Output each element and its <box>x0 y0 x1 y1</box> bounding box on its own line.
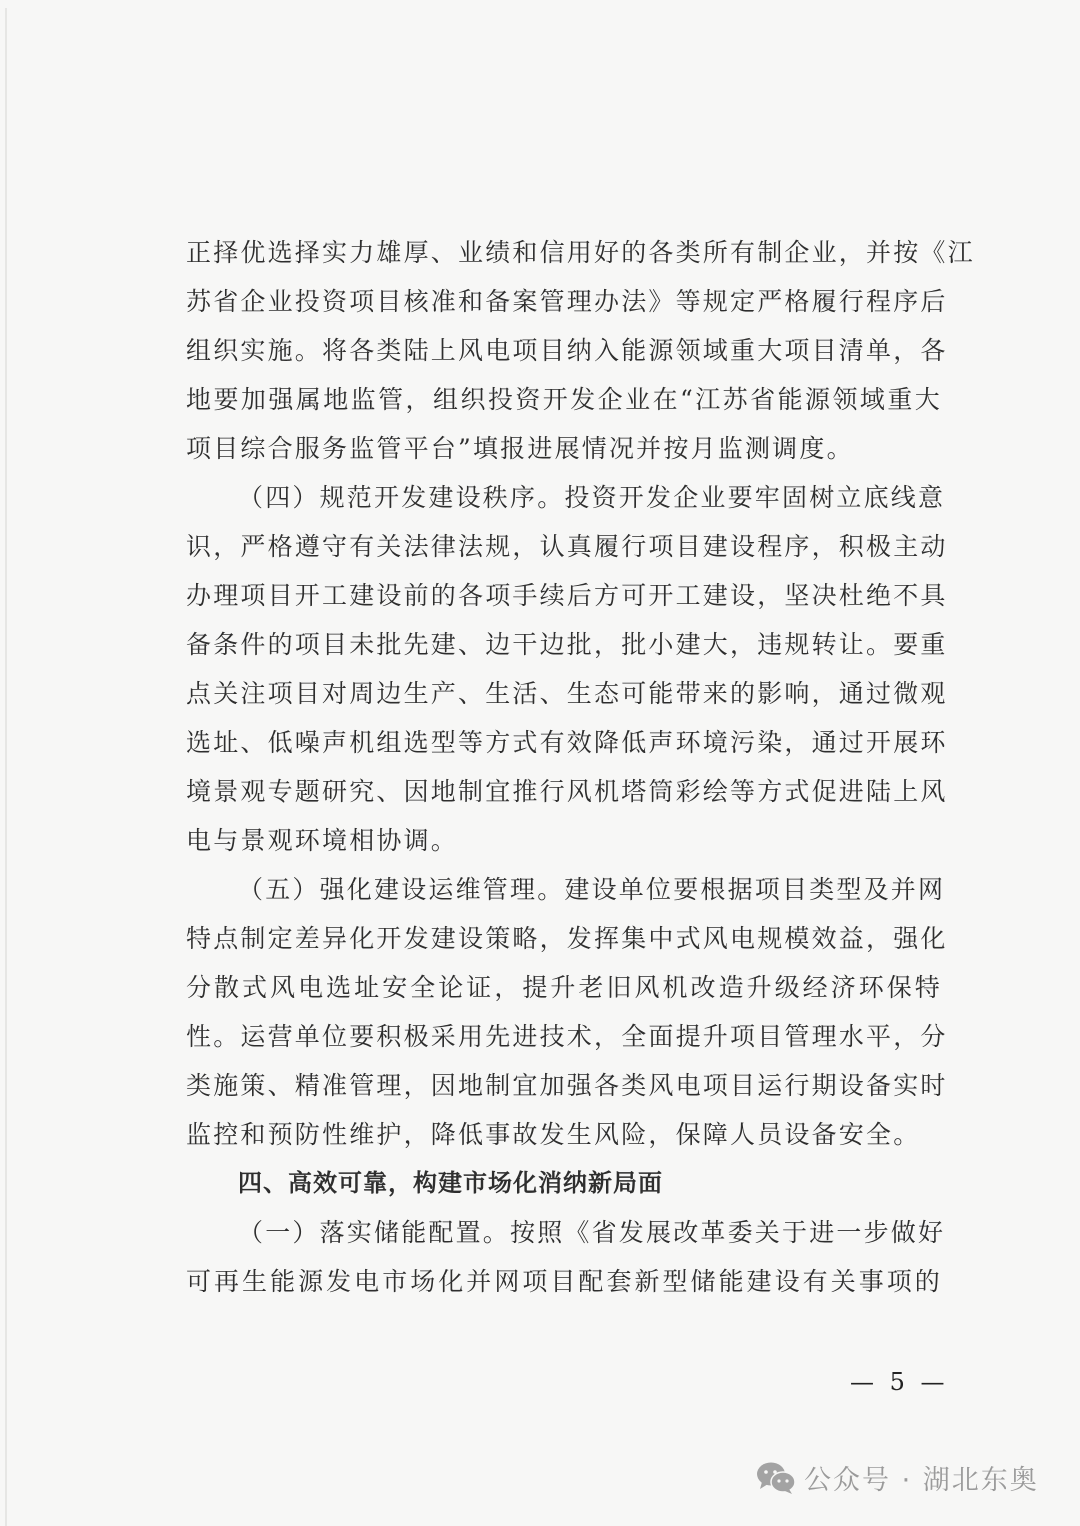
text-line: 项目综合服务监管平台”填报进展情况并按月监测调度。 <box>186 424 942 473</box>
text-line: 性。运营单位要积极采用先进技术，全面提升项目管理水平，分 <box>186 1012 942 1061</box>
watermark-text: 公众号 · 湖北东奥 <box>804 1458 1039 1497</box>
text-line: （四）规范开发建设秩序。投资开发企业要牢固树立底线意 <box>186 473 942 522</box>
text-line: 组织实施。将各类陆上风电项目纳入能源领域重大项目清单，各 <box>186 326 942 375</box>
text-line: 特点制定差异化开发建设策略，发挥集中式风电规模效益，强化 <box>186 914 942 963</box>
text-line: 地要加强属地监管，组织投资开发企业在“江苏省能源领域重大 <box>186 375 942 424</box>
text-line: 境景观专题研究、因地制宜推行风机塔筒彩绘等方式促进陆上风 <box>186 767 942 816</box>
text-line: 苏省企业投资项目核准和备案管理办法》等规定严格履行程序后 <box>186 277 942 326</box>
section-heading: 四、高效可靠，构建市场化消纳新局面 <box>186 1159 942 1208</box>
text-line: 备条件的项目未批先建、边干边批，批小建大，违规转让。要重 <box>186 620 942 669</box>
watermark: 公众号 · 湖北东奥 <box>756 1458 1039 1497</box>
text-line: 电与景观环境相协调。 <box>186 816 942 865</box>
text-line: 办理项目开工建设前的各项手续后方可开工建设，坚决杜绝不具 <box>186 571 942 620</box>
text-line: （五）强化建设运维管理。建设单位要根据项目类型及并网 <box>186 865 942 914</box>
paragraph-intro: 正择优选择实力雄厚、业绩和信用好的各类所有制企业，并按《江 苏省企业投资项目核准… <box>186 228 942 473</box>
text-line: 选址、低噪声机组选型等方式有效降低声环境污染，通过开展环 <box>186 718 942 767</box>
text-line: 监控和预防性维护，降低事故发生风险，保障人员设备安全。 <box>186 1110 942 1159</box>
text-line: 可再生能源发电市场化并网项目配套新型储能建设有关事项的 <box>186 1257 942 1306</box>
paragraph-5-construction-operation: （五）强化建设运维管理。建设单位要根据项目类型及并网 特点制定差异化开发建设策略… <box>186 865 942 1159</box>
text-line: 识，严格遵守有关法律法规，认真履行项目建设程序，积极主动 <box>186 522 942 571</box>
paragraph-4-standardize-development: （四）规范开发建设秩序。投资开发企业要牢固树立底线意 识，严格遵守有关法律法规，… <box>186 473 942 865</box>
text-line: 点关注项目对周边生产、生活、生态可能带来的影响，通过微观 <box>186 669 942 718</box>
text-line: 类施策、精准管理，因地制宜加强各类风电项目运行期设备实时 <box>186 1061 942 1110</box>
wechat-icon <box>756 1461 796 1495</box>
text-line: （一）落实储能配置。按照《省发展改革委关于进一步做好 <box>186 1208 942 1257</box>
paragraph-4-1-energy-storage: （一）落实储能配置。按照《省发展改革委关于进一步做好 可再生能源发电市场化并网项… <box>186 1208 942 1306</box>
document-body: 正择优选择实力雄厚、业绩和信用好的各类所有制企业，并按《江 苏省企业投资项目核准… <box>186 228 942 1306</box>
page-number: — 5 — <box>850 1368 949 1396</box>
scan-edge <box>5 8 7 1526</box>
text-line: 正择优选择实力雄厚、业绩和信用好的各类所有制企业，并按《江 <box>186 228 942 277</box>
text-line: 分散式风电选址安全论证，提升老旧风机改造升级经济环保特 <box>186 963 942 1012</box>
